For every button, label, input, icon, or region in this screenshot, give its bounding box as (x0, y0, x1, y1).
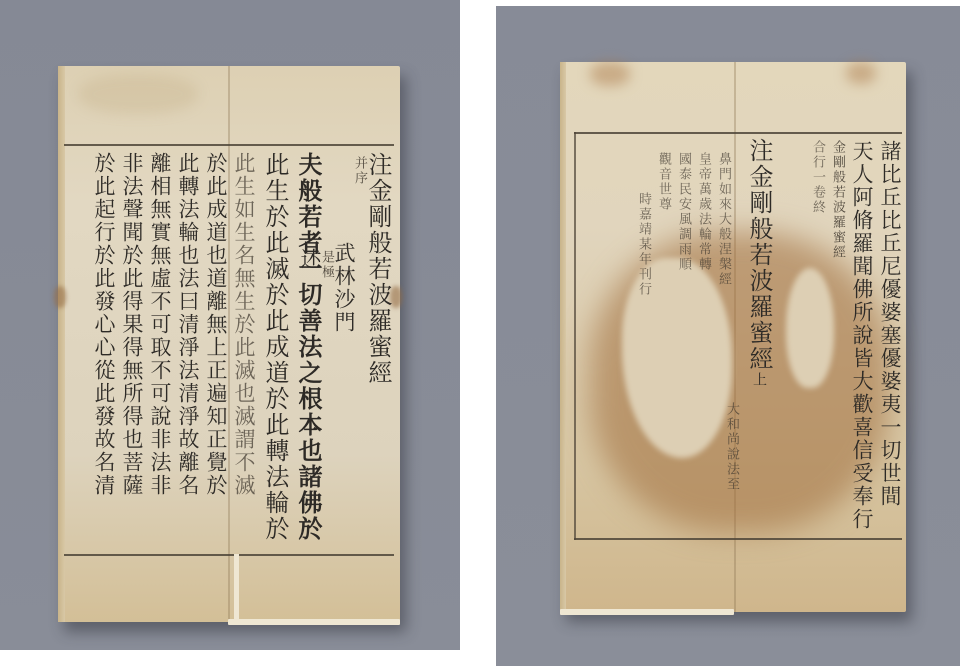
title-note: 并序 (353, 156, 366, 552)
text-column: 皇帝萬歲法輪常轉 (690, 152, 710, 292)
corner-stain (846, 62, 876, 84)
corner-stain (590, 62, 630, 86)
text-column: 此生於此滅於此成道於此轉法輪於 (254, 152, 287, 552)
text-column: 金剛般若波羅蜜經 (824, 140, 844, 230)
left-book-right-page-text: 注金剛般若波羅蜜經 并序 武林沙門 是極 述 夫般若者一切善法之根本也諸佛於 此… (226, 152, 390, 552)
text-column: 鼻門如來大般涅槃經 (710, 152, 730, 332)
text-column: 離相無實無虛不可取不可說非法非 (142, 152, 170, 552)
right-book: 諸比丘比丘尼優婆塞優婆夷一切世間 天人阿脩羅聞佛所說皆大歡喜信受奉行 金剛般若波… (560, 62, 906, 612)
page-seam (234, 554, 239, 622)
right-photo-panel: 諸比丘比丘尼優婆塞優婆夷一切世間 天人阿脩羅聞佛所說皆大歡喜信受奉行 金剛般若波… (496, 6, 960, 666)
title-note: 上 (751, 372, 767, 388)
title-column: 注金剛般若波羅蜜經 并序 (354, 152, 390, 552)
right-book-right-page-text: 諸比丘比丘尼優婆塞優婆夷一切世間 天人阿脩羅聞佛所說皆大歡喜信受奉行 金剛般若波… (804, 140, 900, 540)
book-spine-edge (58, 66, 65, 622)
book-spine-edge (560, 62, 566, 612)
text-column: 此生如生名無生於此滅也滅謂不滅 (226, 152, 254, 552)
left-photo-panel: 注金剛般若波羅蜜經 并序 武林沙門 是極 述 夫般若者一切善法之根本也諸佛於 此… (0, 0, 460, 650)
text-column: 時嘉靖某年刊行 (630, 192, 650, 522)
page-bottom-edge (228, 619, 400, 625)
top-border-rule (64, 144, 394, 146)
lower-note: 大和尚說法至 (718, 402, 738, 522)
author-column: 武林沙門 是極 述 (320, 152, 354, 552)
binding-hole (54, 286, 66, 308)
author-line: 武林沙門 (333, 242, 354, 552)
text-column: 合行一卷終 (804, 140, 824, 220)
sutra-title-text: 注金剛般若波羅蜜經 (745, 138, 773, 372)
author-name: 是極 (320, 250, 333, 552)
paper-stain (78, 74, 198, 114)
author-suffix: 述 (299, 248, 320, 552)
left-book: 注金剛般若波羅蜜經 并序 武林沙門 是極 述 夫般若者一切善法之根本也諸佛於 此… (58, 66, 400, 622)
right-book-left-page-text: 鼻門如來大般涅槃經 皇帝萬歲法輪常轉 國泰民安風調雨順 觀音世尊 時嘉靖某年刊行 (600, 152, 730, 532)
text-column: 天人阿脩羅聞佛所說皆大歡喜信受奉行 (844, 140, 872, 540)
top-border-rule (574, 132, 902, 134)
left-book-left-page-text: 於此成道也道離無上正遍知正覺於 此轉法輪也法曰清淨法清淨故離名 離相無實無虛不可… (66, 152, 226, 552)
sutra-title: 注金剛般若波羅蜜經上 (738, 138, 771, 378)
left-border-rule (574, 132, 576, 540)
sutra-title: 注金剛般若波羅蜜經 (366, 152, 390, 552)
text-column: 於此成道也道離無上正遍知正覺於 (198, 152, 226, 552)
page-bottom-edge (560, 609, 734, 615)
text-column: 諸比丘比丘尼優婆塞優婆夷一切世間 (872, 140, 900, 540)
bottom-border-rule (64, 554, 394, 556)
text-column: 非法聲聞於此得果得無所得也菩薩 (114, 152, 142, 552)
text-column: 於此起行於此發心心從此發故名清 (86, 152, 114, 552)
text-column: 觀音世尊 (650, 152, 670, 242)
text-column: 此轉法輪也法曰清淨法清淨故離名 (170, 152, 198, 552)
text-column: 國泰民安風調雨順 (670, 152, 690, 262)
